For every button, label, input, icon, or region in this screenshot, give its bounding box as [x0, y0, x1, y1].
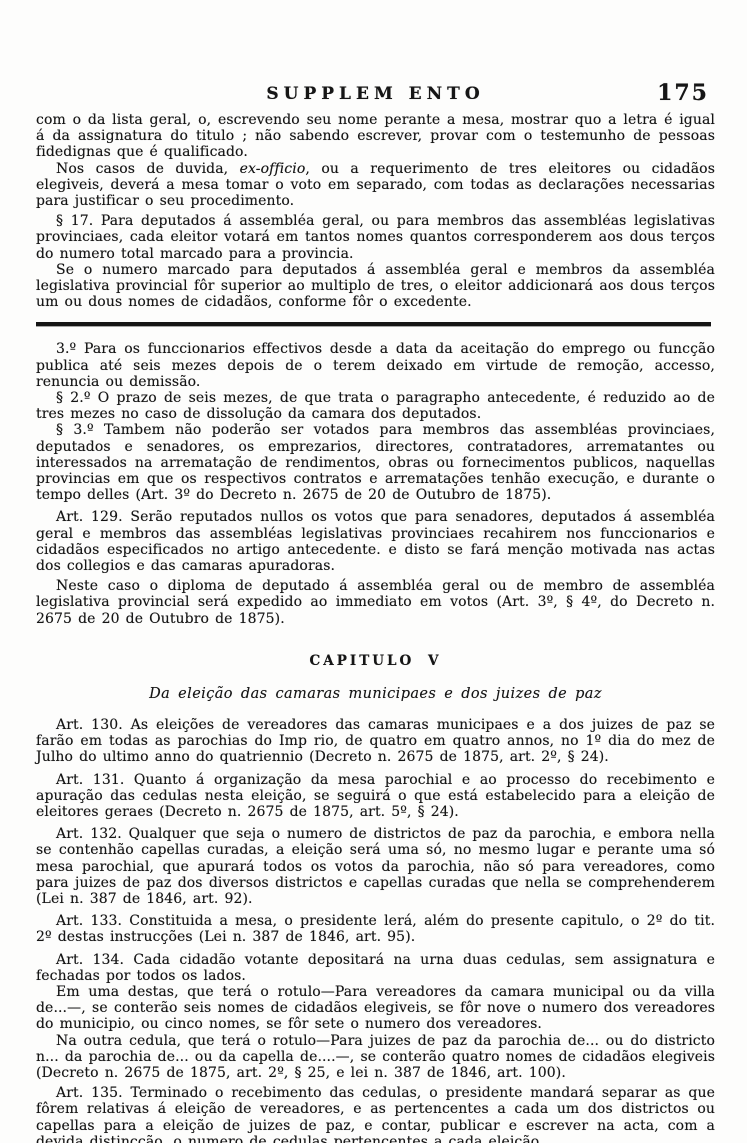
latin-term: ex-officio	[240, 161, 306, 177]
body-paragraph: 3.º Para os funccionarios effectivos des…	[36, 341, 715, 390]
section-divider	[36, 322, 711, 326]
journal-title: SUPPLEM ENTO	[36, 84, 715, 104]
body-paragraph: Art. 133. Constituida a mesa, o presiden…	[36, 913, 715, 945]
running-header: SUPPLEM ENTO 175	[36, 82, 715, 108]
scanned-document-page: SUPPLEM ENTO 175 com o da lista geral, o…	[0, 0, 747, 1143]
body-paragraph: Nos casos de duvida, ex-officio, ou a re…	[36, 161, 715, 210]
bottom-section: Art. 130. As eleições de vereadores das …	[36, 717, 715, 1143]
body-paragraph: Art. 129. Serão reputados nullos os voto…	[36, 509, 715, 574]
body-paragraph: com o da lista geral, o, escrevendo seu …	[36, 112, 715, 161]
body-paragraph: § 3.º Tambem não poderão ser votados par…	[36, 422, 715, 503]
body-paragraph: § 2.º O prazo de seis mezes, de que trat…	[36, 390, 715, 422]
body-paragraph: Art. 134. Cada cidadão votante depositar…	[36, 952, 715, 984]
body-paragraph: § 17. Para deputados á assembléa geral, …	[36, 213, 715, 262]
body-paragraph: Art. 135. Terminado o recebimento das ce…	[36, 1085, 715, 1143]
paragraph-text: Nos casos de duvida,	[56, 161, 240, 177]
body-paragraph: Se o numero marcado para deputados á ass…	[36, 262, 715, 311]
chapter-heading: CAPITULO V	[36, 653, 715, 669]
body-paragraph: Art. 131. Quanto á organização da mesa p…	[36, 772, 715, 821]
body-paragraph: Art. 132. Qualquer que seja o numero de …	[36, 826, 715, 907]
chapter-subtitle: Da eleição das camaras municipaes e dos …	[36, 686, 715, 702]
body-paragraph: Neste caso o diploma de deputado á assem…	[36, 578, 715, 627]
page-number: 175	[657, 80, 709, 106]
body-paragraph: Em uma destas, que terá o rotulo—Para ve…	[36, 984, 715, 1033]
body-paragraph: Art. 130. As eleições de vereadores das …	[36, 717, 715, 766]
top-section: com o da lista geral, o, escrevendo seu …	[36, 112, 715, 310]
middle-section: 3.º Para os funccionarios effectivos des…	[36, 341, 715, 626]
body-paragraph: Na outra cedula, que terá o rotulo—Para …	[36, 1033, 715, 1082]
page-content: SUPPLEM ENTO 175 com o da lista geral, o…	[0, 0, 747, 1143]
